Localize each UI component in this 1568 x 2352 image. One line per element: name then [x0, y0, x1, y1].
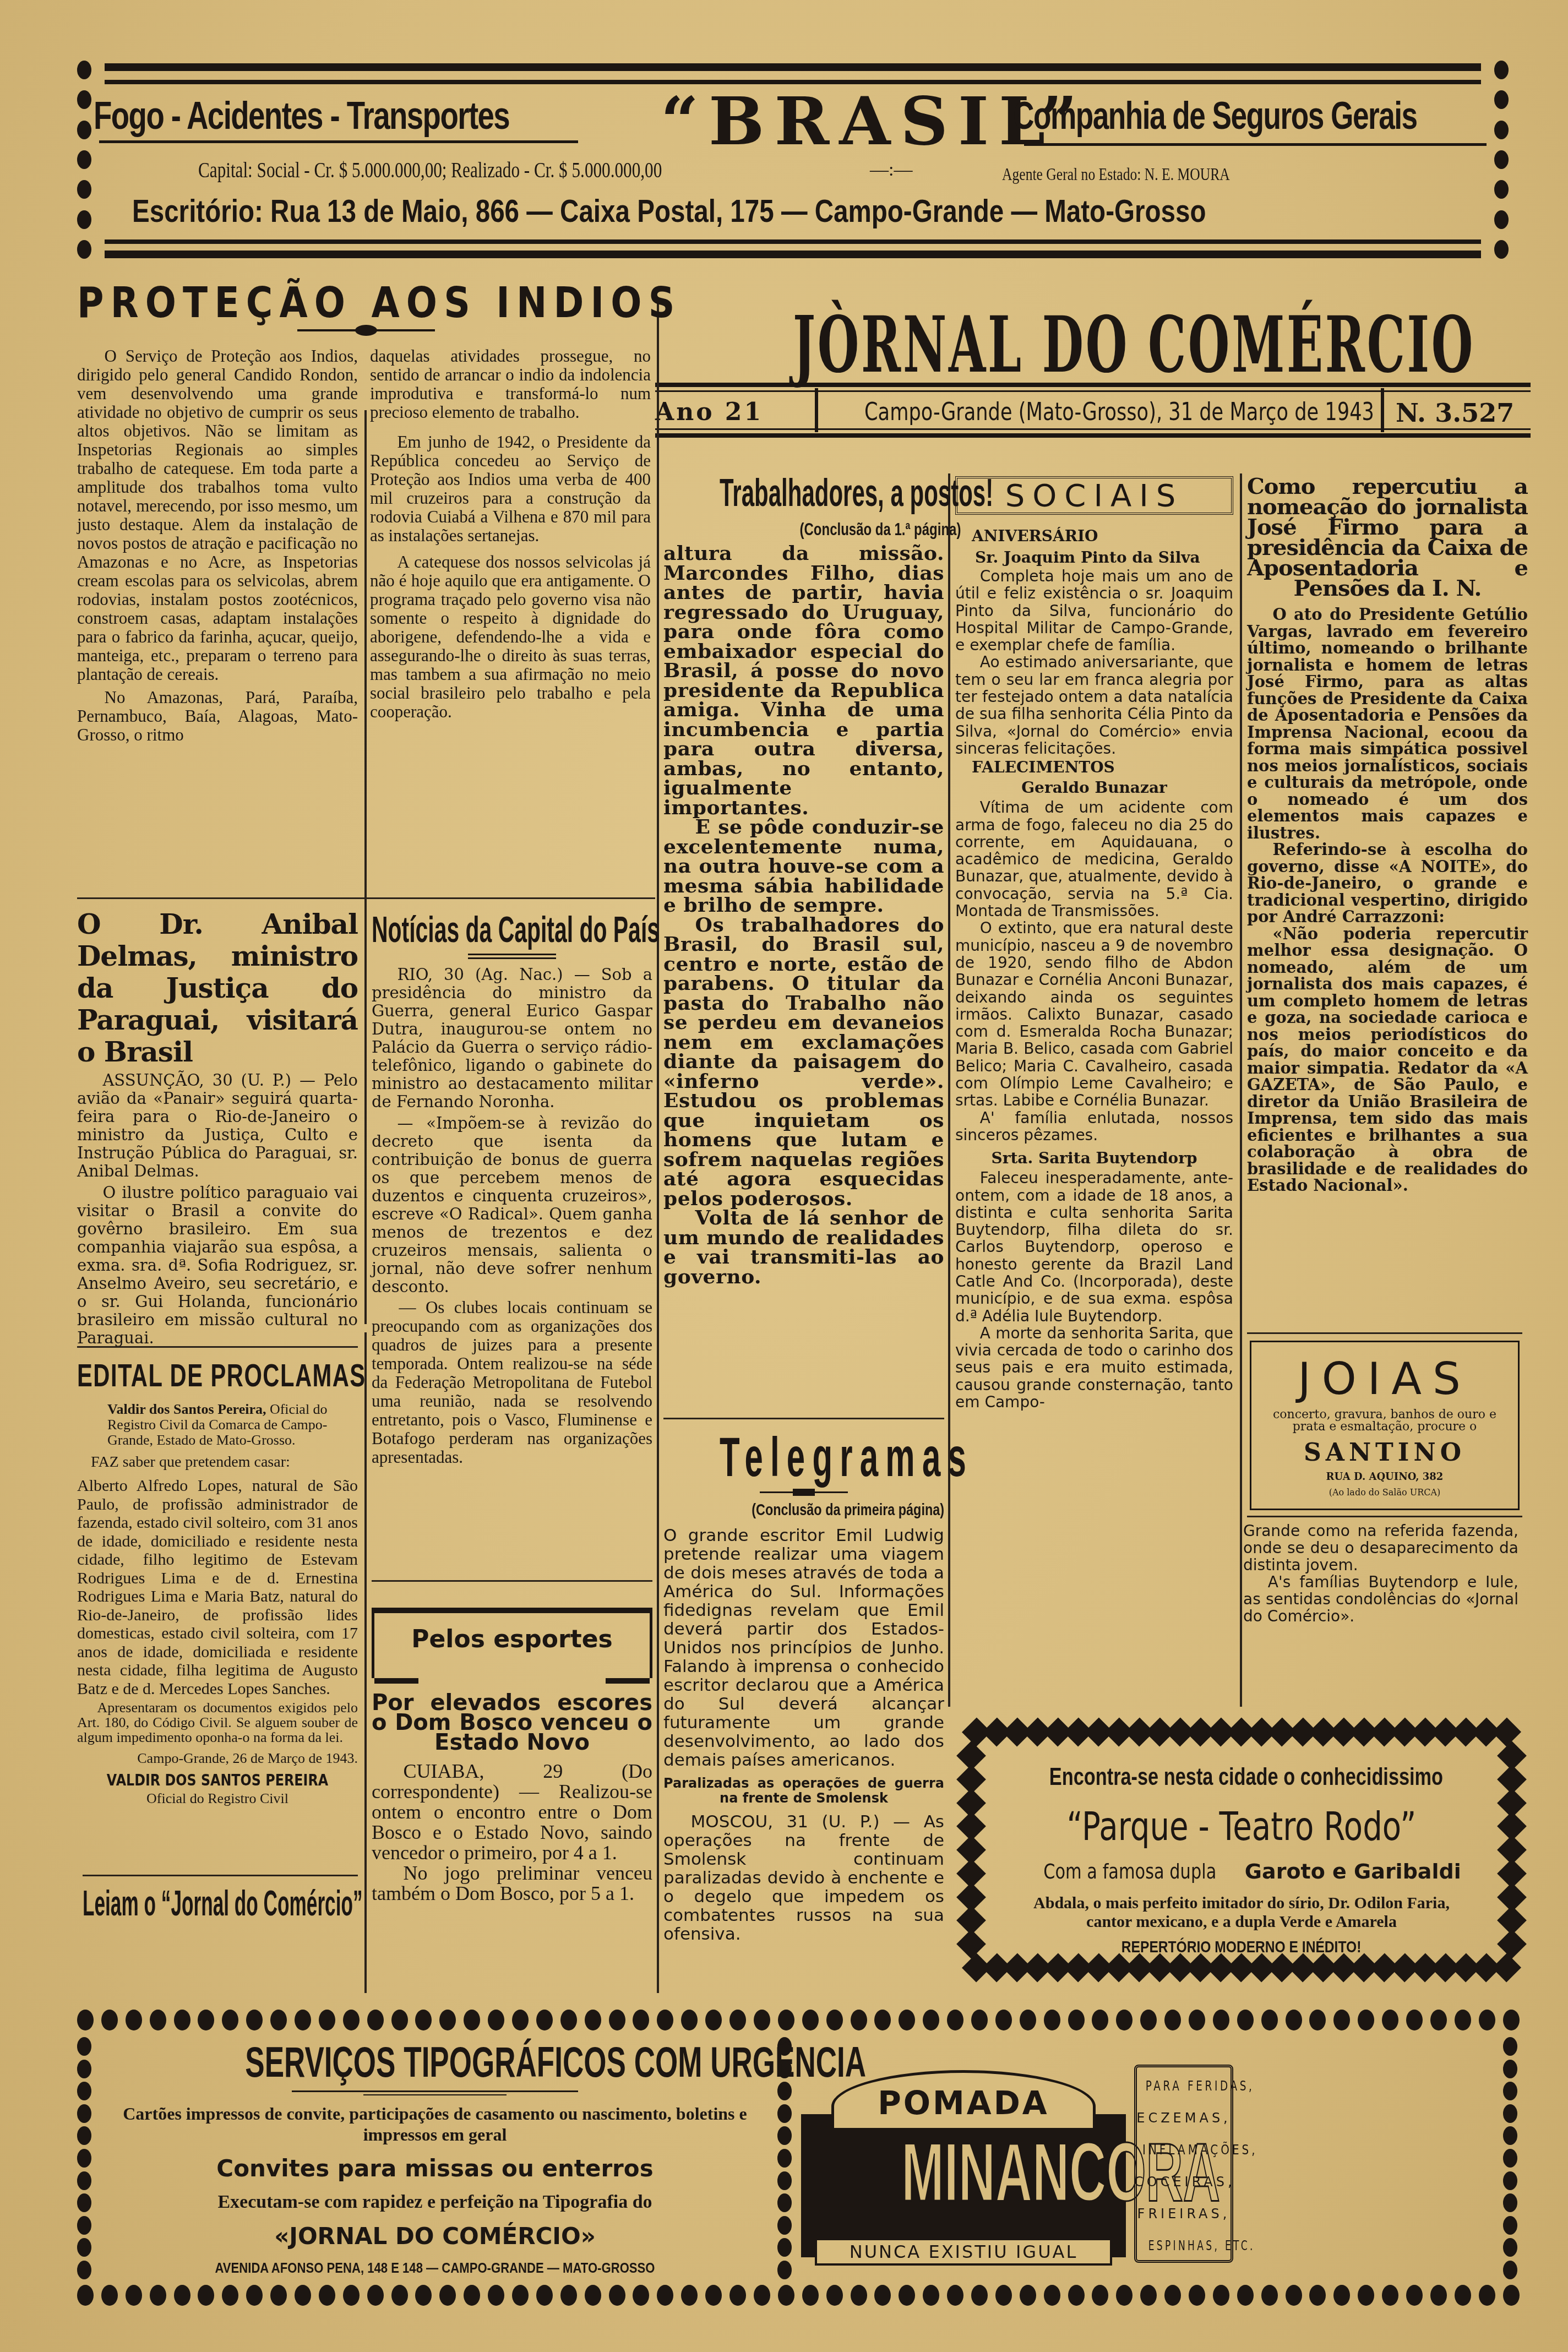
diamond-border — [966, 1957, 1517, 1978]
dot-ornament — [633, 2010, 649, 2030]
dot-ornament — [1358, 2010, 1374, 2030]
dot-ornament — [295, 2285, 311, 2306]
article-trabalhadores: Trabalhadores, a postos! (Conclusão da 1… — [663, 471, 944, 1287]
dot-ornament — [633, 2285, 649, 2306]
dot-ornament — [319, 2285, 335, 2306]
headline: Como repercutiu a nomeação do jornalista… — [1247, 476, 1528, 598]
paragraph: CUIABA, 29 (Do correspondente) — Realizo… — [372, 1761, 652, 1863]
dot-ornament — [1309, 2285, 1326, 2306]
dot-ornament — [657, 2285, 673, 2306]
esportes-box: Pelos esportes — [372, 1608, 652, 1678]
dot-ornament — [1503, 2238, 1517, 2257]
rule — [655, 428, 1531, 430]
pomada-ad: POMADA MINANCORA NUNCA EXISTIU IGUAL PAR… — [793, 2037, 1498, 2279]
dot-ornament — [1189, 2010, 1205, 2030]
paragraph: Ao estimado aniversariante, que tem o se… — [955, 654, 1233, 757]
paragraph: RIO, 30 (Ag. Nac.) — Sob a presidência d… — [372, 966, 652, 1111]
article-body: Vítima de um acidente com arma de fogo, … — [955, 799, 1233, 1144]
dot-ornament — [536, 2010, 553, 2030]
dot-ornament — [512, 2010, 529, 2030]
dot-ornament — [705, 2010, 722, 2030]
person-name: Geraldo Bunazar — [955, 778, 1233, 797]
headline: Telegramas — [720, 1426, 888, 1489]
sociais-continuation: Grande como na referida fazenda, onde se… — [1243, 1522, 1518, 1625]
dot-ornament — [1503, 2193, 1517, 2212]
dot-ornament — [488, 2285, 504, 2306]
dot-ornament — [1140, 2010, 1157, 2030]
paragraph: ASSUNÇÃO, 30 (U. P.) — Pelo avião da «Pa… — [77, 1071, 358, 1180]
ad-address: AVENIDA AFONSO PENA, 148 E 148 — CAMPO-G… — [215, 2260, 655, 2277]
headline: Trabalhadores, a postos! — [720, 471, 888, 515]
paragraph: Em junho de 1942, o Presidente da Repúbl… — [370, 433, 651, 545]
paragraph: A catequese dos nossos selvicolas já não… — [370, 553, 651, 721]
dot-ornament — [150, 2010, 166, 2030]
dot-ornament — [77, 2285, 94, 2306]
tipografia-ad: SERVIÇOS TIPOGRÁFICOS COM URGÊNCIA Cartõ… — [99, 2037, 771, 2277]
dot-ornament — [174, 2285, 190, 2306]
dot-ornament — [681, 2285, 698, 2306]
masthead-bar: Ano 21 Campo-Grande (Mato-Grosso), 31 de… — [655, 383, 1531, 438]
diamond-border — [961, 1745, 982, 1954]
article-columns: O Serviço de Proteção aos Indios, dirigi… — [77, 347, 655, 749]
dot-ornament — [729, 2010, 746, 2030]
dot-ornament — [367, 2010, 384, 2030]
dot-ornament — [777, 2126, 792, 2145]
dot-ornament — [439, 2285, 456, 2306]
dot-ornament — [1309, 2010, 1326, 2030]
divider — [77, 897, 655, 899]
paragraph: Faleceu inesperadamente, ante-ontem, com… — [955, 1169, 1233, 1325]
use-item: ECZEMAS, — [1134, 2102, 1233, 2134]
ad-line: Convites para missas ou enterros — [99, 2155, 771, 2182]
subhead: (Conclusão da 1.ª página) — [734, 519, 945, 540]
article-sociais: SOCIAIS ANIVERSÁRIO Sr. Joaquim Pinto da… — [955, 476, 1233, 1411]
paragraph: altura da missão. Marcondes Filho, dias … — [663, 544, 944, 818]
diamond-border — [1501, 1745, 1522, 1954]
dot-ornament — [1140, 2285, 1157, 2306]
ad-line: Encontra-se nesta cidade o conhecidissim… — [994, 1763, 1489, 1791]
dot-ornament — [488, 2010, 504, 2030]
dot-ornament — [1479, 2285, 1495, 2306]
issue-number: N. 3.527 — [1396, 398, 1514, 428]
dateline: Campo-Grande (Mato-Grosso), 31 de Março … — [864, 398, 1374, 426]
dot-ornament — [77, 2261, 91, 2279]
dot-ornament — [1213, 2010, 1229, 2030]
edital-signature: VALDIR DOS SANTOS PEREIRA — [98, 1771, 337, 1789]
divider — [372, 1580, 652, 1582]
headline: Notícias da Capital do País — [372, 908, 546, 950]
ad-title: “Parque - Teatro Rodo” — [1067, 1803, 1417, 1849]
ornament — [793, 1489, 815, 1496]
dot-ornament — [777, 2238, 792, 2257]
insurance-capital: Capital: Social - Cr. $ 5.000.000,00; Re… — [198, 157, 662, 183]
insurance-ad: Fogo - Acidentes - Transportes “BRASIL” … — [77, 61, 1509, 259]
dot-border-bottom — [77, 2285, 1520, 2306]
use-item: PARA FERIDAS, — [1146, 2070, 1222, 2102]
article-column: O Serviço de Proteção aos Indios, dirigi… — [77, 347, 358, 749]
dot-ornament — [1164, 2285, 1181, 2306]
dot-border-right — [1503, 2037, 1517, 2279]
dot-ornament — [1333, 2010, 1350, 2030]
paragraph: Volta de lá senhor de um mundo de realid… — [663, 1208, 944, 1287]
ornament — [355, 325, 377, 336]
dot-ornament — [1237, 2010, 1254, 2030]
ad-line: Cartões impressos de convite, participaç… — [121, 2103, 749, 2145]
dot-ornament — [899, 2285, 915, 2306]
dot-ornament — [1503, 2261, 1517, 2279]
dot-ornament — [826, 2285, 843, 2306]
dot-ornament — [1020, 2285, 1036, 2306]
paragraph: No Amazonas, Pará, Paraíba, Pernambuco, … — [77, 688, 358, 744]
article-body: RIO, 30 (Ag. Nac.) — Sob a presidência d… — [372, 966, 652, 1467]
dot-ornament — [1503, 2060, 1517, 2078]
dot-ornament — [222, 2010, 238, 2030]
dot-ornament — [1382, 2010, 1398, 2030]
dot-ornament — [391, 2285, 408, 2306]
ornament-divider — [760, 1491, 848, 1493]
dot-ornament — [560, 2010, 577, 2030]
use-item: ESPINHAS, ETC. — [1148, 2230, 1219, 2262]
ad-address: RUA D. AQUINO, 382 — [1251, 1471, 1518, 1483]
dot-ornament — [512, 2285, 529, 2306]
ad-duo-names: Garoto e Garibaldi — [1245, 1859, 1461, 1883]
dot-ornament — [729, 2285, 746, 2306]
article-capital: Notícias da Capital do País RIO, 30 (Ag.… — [372, 908, 652, 1467]
paragraph: A morte da senhorita Sarita, que vivia c… — [955, 1325, 1233, 1411]
dot-ornament — [1503, 2037, 1517, 2056]
rule — [292, 2090, 578, 2092]
ad-brand-wrap: MINANCORA — [804, 2120, 1123, 2224]
insurance-address: Escritório: Rua 13 de Maio, 866 — Caixa … — [132, 193, 1206, 230]
rule — [655, 390, 1531, 392]
paragraph: — Os clubes locais continuam se preocupa… — [372, 1298, 652, 1467]
dot-ornament — [1358, 2285, 1374, 2306]
edital-notice: Apresentaram os documentos exigidos pelo… — [77, 1700, 358, 1745]
dot-ornament — [1237, 2285, 1254, 2306]
dot-ornament — [77, 2104, 91, 2123]
dot-ornament — [705, 2285, 722, 2306]
diamond-ornament — [956, 1929, 986, 1959]
teatro-ad: Encontra-se nesta cidade o conhecidissim… — [961, 1715, 1522, 1985]
dot-ornament — [1068, 2285, 1085, 2306]
article-protecao: PROTEÇÃO AOS INDIOS O Serviço de Proteçã… — [77, 278, 655, 749]
dot-ornament — [1503, 2171, 1517, 2190]
dot-ornament — [899, 2010, 915, 2030]
dot-ornament — [77, 2193, 91, 2212]
dot-ornament — [1430, 2010, 1447, 2030]
dot-ornament — [777, 2149, 792, 2168]
uses-list: PARA FERIDAS,ECZEMAS,INFLAMAÇÕES,COCEIRA… — [1134, 2070, 1233, 2262]
person-name: Srta. Sarita Buytendorp — [955, 1149, 1233, 1167]
dot-ornament — [198, 2285, 214, 2306]
dot-ornament — [367, 2285, 384, 2306]
dot-ornament — [657, 2010, 673, 2030]
dot-ornament — [77, 2216, 91, 2235]
dot-ornament — [777, 2104, 792, 2123]
ad-cast: Abdala, o mais perfeito imitador do síri… — [1010, 1894, 1473, 1931]
sub-headline: Paralizadas as operações de guerra na fr… — [663, 1776, 944, 1806]
dot-ornament — [174, 2010, 190, 2030]
paragraph: O Serviço de Proteção aos Indios, dirigi… — [77, 347, 358, 684]
dot-ornament — [971, 2010, 988, 2030]
article-body: Faleceu inesperadamente, ante-ontem, com… — [955, 1169, 1233, 1411]
ad-intro: Encontra-se nesta cidade o conhecidissim… — [1049, 1763, 1443, 1791]
dot-ornament — [1430, 2285, 1447, 2306]
dot-ornament — [1382, 2285, 1398, 2306]
dot-ornament — [246, 2285, 263, 2306]
dot-ornament — [923, 2285, 939, 2306]
dot-ornament — [77, 2010, 94, 2030]
dot-ornament — [77, 2060, 91, 2078]
headline: Por elevados escores o Dom Bosco venceu … — [372, 1693, 652, 1752]
dot-ornament — [150, 2285, 166, 2306]
paragraph: MOSCOU, 31 (U. P.) — As operações na fre… — [663, 1812, 944, 1943]
dot-ornament — [778, 2010, 794, 2030]
edital-date: Campo-Grande, 26 de Março de 1943. — [77, 1750, 358, 1767]
dot-ornament — [319, 2010, 335, 2030]
dot-ornament — [560, 2285, 577, 2306]
ornament-divider — [468, 954, 556, 959]
edital-signature-title: Oficial do Registro Civil — [77, 1790, 358, 1807]
dot-ornament — [270, 2285, 287, 2306]
divider — [1381, 388, 1384, 432]
dot-ornament — [1286, 2010, 1302, 2030]
insurance-company: Companhia de Seguros Gerais — [1013, 94, 1417, 138]
dot-ornament — [585, 2010, 601, 2030]
dot-ornament — [343, 2010, 360, 2030]
dot-ornament — [585, 2285, 601, 2306]
box-title: Pelos esportes — [374, 1625, 650, 1653]
underline — [99, 140, 578, 143]
paragraph: A's famílias Buytendorp e Iule, as senti… — [1243, 1574, 1518, 1625]
ad-body: concerto, gravura, banhos de ouro e prat… — [1268, 1409, 1501, 1433]
dot-ornament — [1503, 2126, 1517, 2145]
article-delmas: O Dr. Anibal Delmas, ministro da Justiça… — [77, 908, 358, 1347]
ad-duo: Com a famosa dupla Garoto e Garibaldi — [994, 1859, 1489, 1883]
person-name: Sr. Joaquim Pinto da Silva — [955, 548, 1233, 567]
paragraph: A' família enlutada, nossos sinceros pêz… — [955, 1109, 1233, 1144]
ornament-divider — [297, 329, 435, 331]
dot-ornament — [536, 2285, 553, 2306]
border-band — [105, 251, 1481, 258]
dot-ornament — [1503, 2082, 1517, 2100]
dot-ornament — [101, 2285, 118, 2306]
dot-ornament — [947, 2285, 963, 2306]
use-item: INFLAMAÇÕES, — [1142, 2134, 1225, 2166]
paragraph: Grande como na referida fazenda, onde se… — [1243, 1522, 1518, 1574]
dot-ornament — [874, 2285, 891, 2306]
dot-ornament — [1333, 2285, 1350, 2306]
dot-ornament — [1406, 2010, 1423, 2030]
article-esportes: Por elevados escores o Dom Bosco venceu … — [372, 1693, 652, 1904]
article-body: O ato do Presidente Getúlio Vargas, lavr… — [1247, 606, 1528, 1194]
dot-ornament — [777, 2216, 792, 2235]
edital-body: Alberto Alfredo Lopes, natural de São Pa… — [77, 1477, 358, 1698]
edital-intro: Valdir dos Santos Pereira, Oficial do Re… — [77, 1402, 358, 1448]
dot-ornament — [1406, 2285, 1423, 2306]
paragraph: No jogo preliminar venceu também o Dom B… — [372, 1863, 652, 1904]
diamond-ornament — [1492, 1717, 1521, 1746]
edital-faz: FAZ saber que pretendem casar: — [77, 1453, 358, 1471]
ad-line: «JORNAL DO COMÉRCIO» — [99, 2223, 771, 2250]
ad-title-wrap: “Parque - Teatro Rodo” — [994, 1803, 1489, 1849]
divider — [1247, 1516, 1522, 1517]
dot-ornament — [1044, 2010, 1060, 2030]
dot-ornament — [1503, 2285, 1520, 2306]
dot-ornament — [777, 2171, 792, 2190]
use-item: COCEIRAS, — [1134, 2166, 1233, 2198]
headline: EDITAL DE PROCLAMAS — [77, 1357, 279, 1394]
dot-ornament — [1261, 2010, 1278, 2030]
dot-border-top — [77, 2010, 1520, 2030]
article-body: altura da missão. Marcondes Filho, dias … — [663, 544, 944, 1287]
dot-border-left — [77, 61, 91, 259]
paragraph: E se pôde conduzir-se excelentemente num… — [663, 818, 944, 916]
dot-ornament — [77, 2126, 91, 2145]
paragraph: Referindo-se à escolha do governo, disse… — [1247, 841, 1528, 925]
dot-ornament — [1455, 2285, 1471, 2306]
dot-border-left — [77, 2037, 91, 2279]
dot-ornament — [1092, 2010, 1108, 2030]
ad-line-wrap: AVENIDA AFONSO PENA, 148 E 148 — CAMPO-G… — [99, 2260, 771, 2277]
article-body: ASSUNÇÃO, 30 (U. P.) — Pelo avião da «Pa… — [77, 1071, 358, 1347]
rule — [655, 433, 1531, 438]
ad-title: SERVIÇOS TIPOGRÁFICOS COM URGÊNCIA — [245, 2037, 866, 2087]
dot-ornament — [222, 2285, 238, 2306]
ad-title-wrap: SERVIÇOS TIPOGRÁFICOS COM URGÊNCIA — [99, 2037, 771, 2087]
dot-ornament — [1455, 2010, 1471, 2030]
paragraph: — «Impõem-se à revizão do decreto que is… — [372, 1114, 652, 1296]
diamond-ornament — [1497, 1929, 1527, 1959]
dot-ornament — [270, 2010, 287, 2030]
dot-ornament — [1503, 2104, 1517, 2123]
dot-ornament — [851, 2285, 867, 2306]
use-item: FRIEIRAS, — [1134, 2198, 1233, 2230]
dot-ornament — [1116, 2010, 1133, 2030]
border-band — [105, 63, 1481, 71]
section-box: SOCIAIS — [955, 476, 1233, 515]
newspaper-title: JÒRNAL DO COMÉRCIO — [793, 300, 1475, 390]
dot-ornament — [1261, 2285, 1278, 2306]
dot-ornament — [802, 2285, 819, 2306]
dot-ornament — [971, 2285, 988, 2306]
divider — [83, 1875, 358, 1876]
insurance-lines: Fogo - Acidentes - Transportes — [94, 94, 509, 138]
ad-title: JOIAS — [1251, 1353, 1518, 1404]
ad-tagline: NUNCA EXISTIU IGUAL — [815, 2238, 1112, 2266]
paragraph: Completa hoje mais um ano de útil e feli… — [955, 568, 1233, 654]
column-rule — [657, 297, 659, 1993]
dot-ornament — [947, 2010, 963, 2030]
leiam-slogan: Leiam o “Jornal do Comércio” — [83, 1883, 363, 1924]
rule — [655, 383, 1531, 387]
year-label: Ano 21 — [655, 398, 763, 426]
separator: —:— — [870, 160, 912, 181]
subhead: (Conclusão da primeira página) — [725, 1501, 944, 1520]
dot-border-right — [1494, 61, 1509, 259]
dot-ornament — [246, 2010, 263, 2030]
paragraph: O ilustre político paraguaio vai visitar… — [77, 1184, 358, 1347]
dot-ornament — [77, 2082, 91, 2100]
joias-ad: JOIAS concerto, gravura, banhos de ouro … — [1250, 1341, 1520, 1510]
dot-ornament — [343, 2285, 360, 2306]
ad-note: (Ao lado do Salão URCA) — [1251, 1487, 1518, 1498]
dot-ornament — [1213, 2285, 1229, 2306]
paragraph: Vítima de um acidente com arma de fogo, … — [955, 799, 1233, 919]
section-heading: ANIVERSÁRIO — [955, 527, 1233, 545]
ad-tagline-wrap: REPERTÓRIO MODERNO E INÉDITO! — [994, 1938, 1489, 1957]
column-rule — [1240, 473, 1242, 1707]
section-heading: FALECIMENTOS — [955, 758, 1233, 776]
dot-ornament — [464, 2010, 480, 2030]
dot-ornament — [77, 2149, 91, 2168]
underline — [1024, 143, 1487, 146]
dot-ornament — [101, 2010, 118, 2030]
dot-ornament — [609, 2010, 625, 2030]
dot-ornament — [754, 2285, 770, 2306]
dot-ornament — [1503, 2149, 1517, 2168]
dot-ornament — [1020, 2010, 1036, 2030]
ad-duo-prefix: Com a famosa dupla — [1044, 1859, 1217, 1883]
border-band — [105, 239, 1481, 244]
paragraph: O extinto, que era natural deste municíp… — [955, 919, 1233, 1109]
paragraph: O ato do Presidente Getúlio Vargas, lavr… — [1247, 606, 1528, 841]
article-nomeacao: Como repercutiu a nomeação do jornalista… — [1247, 476, 1528, 1194]
headline: O Dr. Anibal Delmas, ministro da Justiça… — [77, 908, 358, 1068]
dot-ornament — [1164, 2010, 1181, 2030]
dot-ornament — [1503, 2010, 1520, 2030]
dot-ornament — [874, 2010, 891, 2030]
article-body: Completa hoje mais um ano de útil e feli… — [955, 568, 1233, 757]
official-name: Valdir dos Santos Pereira, — [107, 1401, 266, 1417]
divider — [77, 1346, 358, 1348]
dot-ornament — [681, 2010, 698, 2030]
dot-ornament — [754, 2010, 770, 2030]
dot-ornament — [609, 2285, 625, 2306]
box-corner — [374, 1678, 418, 1684]
ad-name: SANTINO — [1251, 1439, 1518, 1467]
dot-ornament — [198, 2010, 214, 2030]
divider — [663, 1418, 944, 1419]
dot-ornament — [923, 2010, 939, 2030]
dot-ornament — [851, 2010, 867, 2030]
article-body: CUIABA, 29 (Do correspondente) — Realizo… — [372, 1761, 652, 1904]
divider — [815, 388, 818, 432]
dot-ornament — [77, 2238, 91, 2257]
dot-ornament — [415, 2010, 432, 2030]
ad-tagline: REPERTÓRIO MODERNO E INÉDITO! — [1121, 1938, 1362, 1957]
divider — [1247, 1332, 1522, 1334]
dot-ornament — [439, 2010, 456, 2030]
article-column: daquelas atividades prossegue, no sentid… — [370, 347, 651, 749]
ad-line: Executam-se com rapidez e perfeição na T… — [99, 2192, 771, 2213]
dot-ornament — [1189, 2285, 1205, 2306]
dot-ornament — [995, 2285, 1012, 2306]
dot-ornament — [1503, 2216, 1517, 2235]
column-rule — [948, 473, 950, 1707]
dot-ornament — [778, 2285, 794, 2306]
insurance-agent: Agente Geral no Estado: N. E. MOURA — [1002, 164, 1230, 184]
rule — [363, 2094, 507, 2095]
dot-ornament — [126, 2285, 142, 2306]
dot-ornament — [1479, 2010, 1495, 2030]
dot-ornament — [77, 2171, 91, 2190]
dot-ornament — [1116, 2285, 1133, 2306]
dot-ornament — [126, 2010, 142, 2030]
paragraph: Os trabalhadores do Brasil, do Brasil su… — [663, 916, 944, 1209]
diamond-ornament — [1492, 1953, 1521, 1982]
section-title: SOCIAIS — [957, 478, 1231, 514]
